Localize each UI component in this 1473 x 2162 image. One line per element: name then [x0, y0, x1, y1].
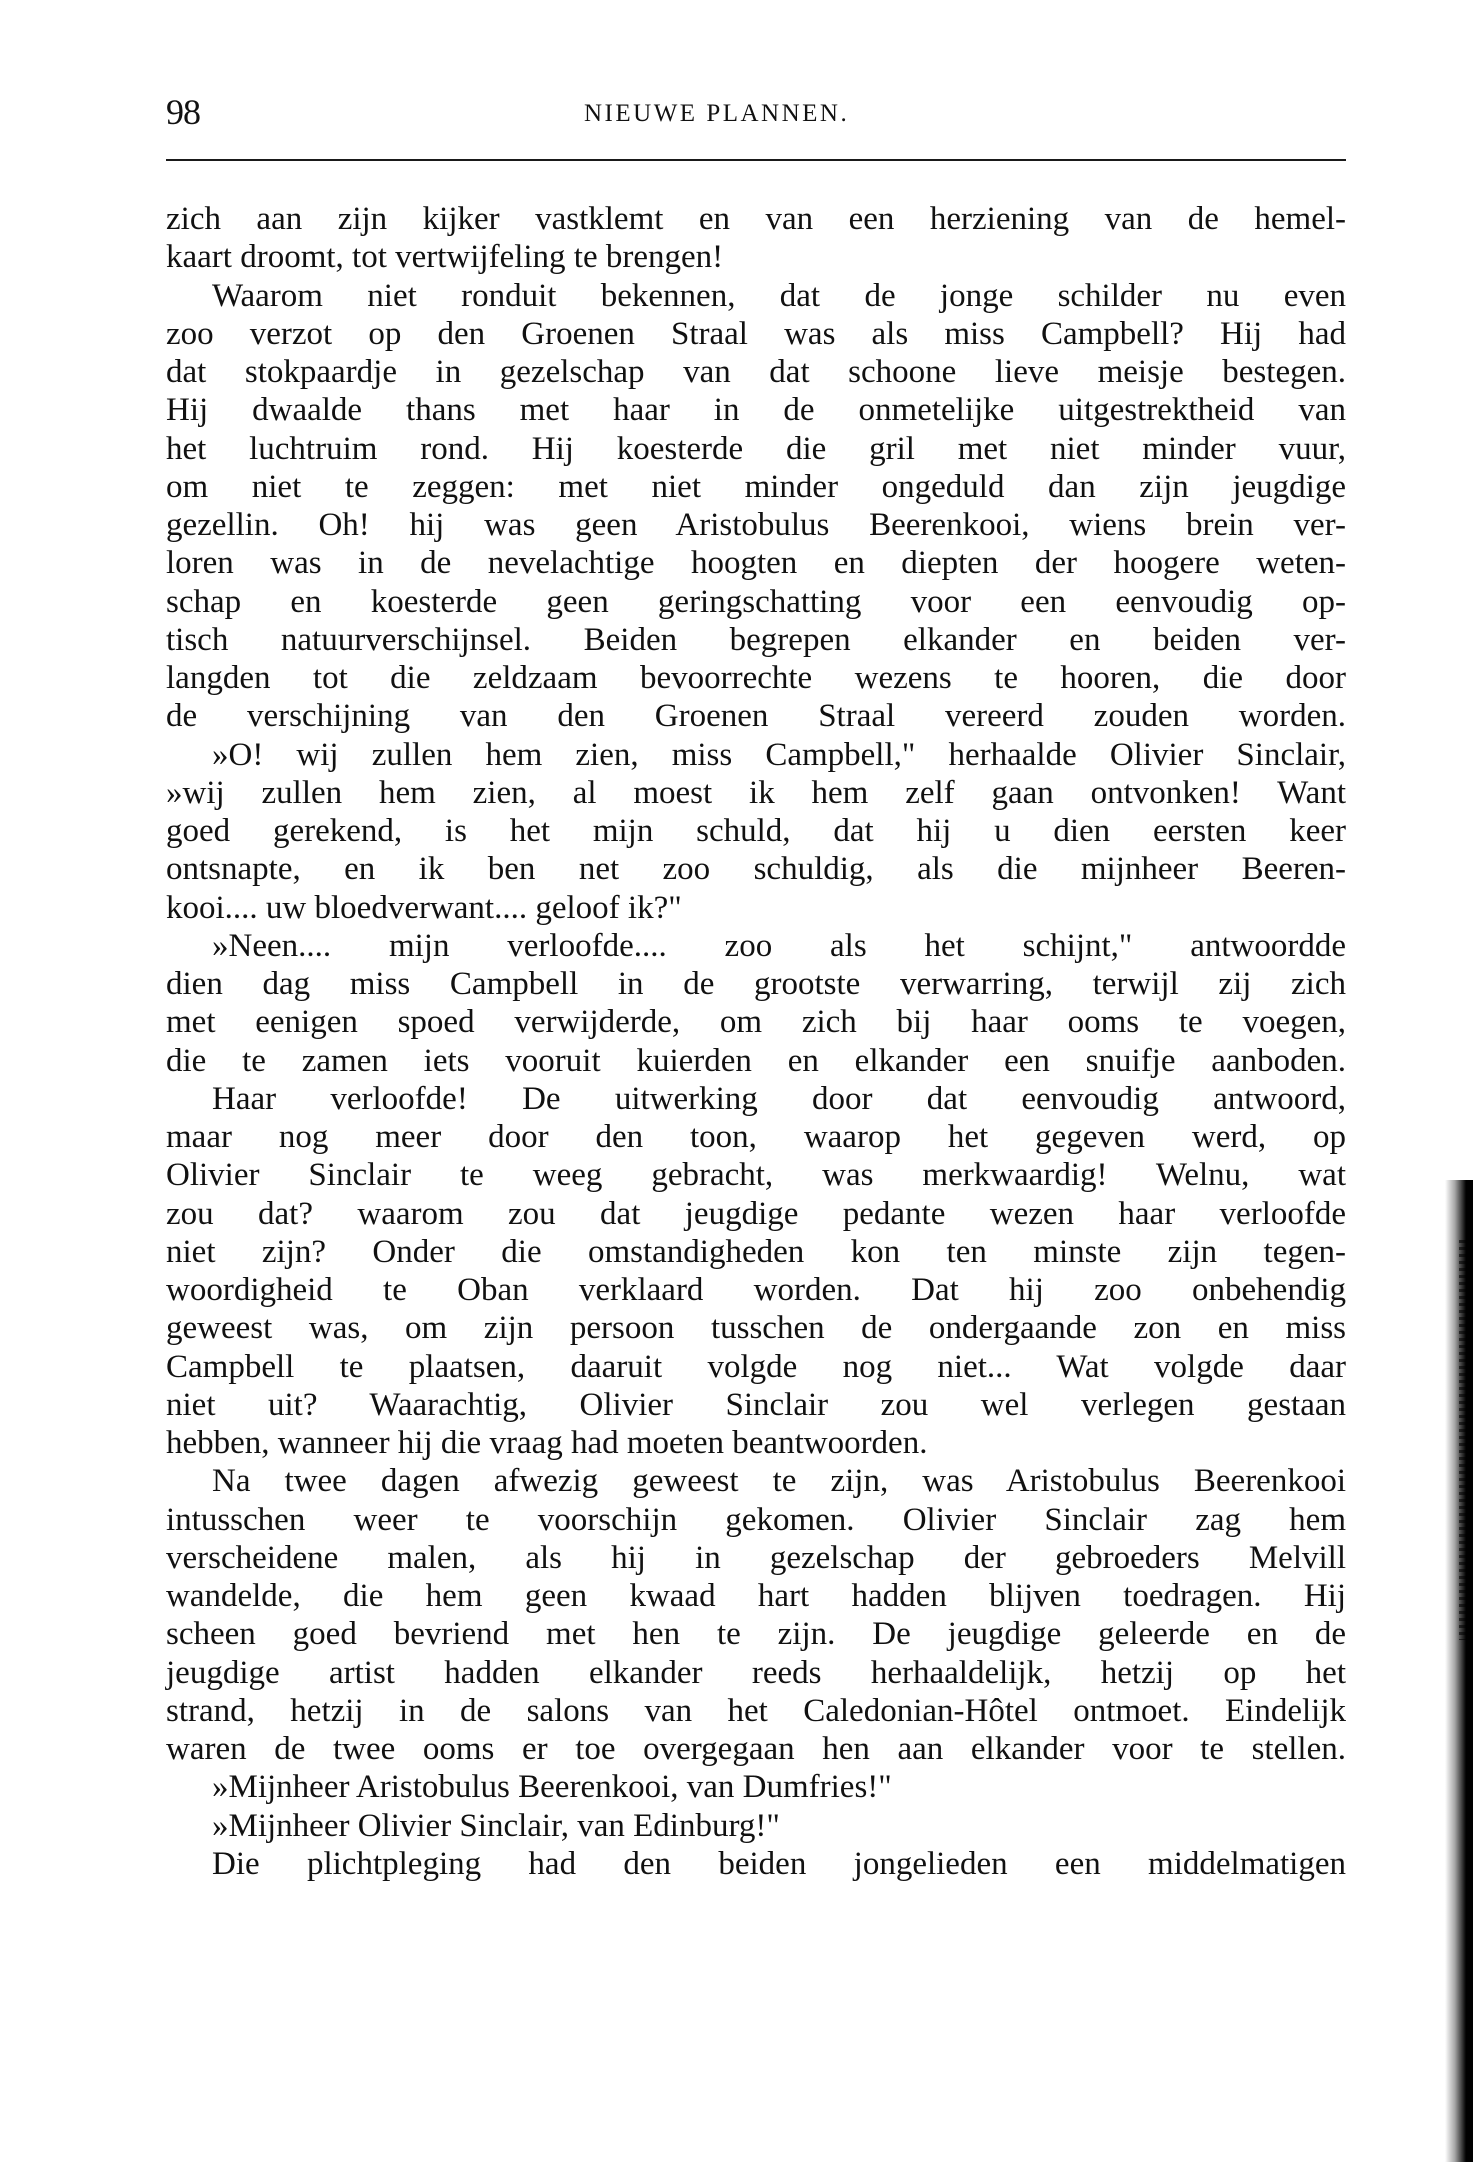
text-line: intusschen weer te voorschijn gekomen. O…	[166, 1501, 1346, 1539]
text-line: kooi.... uw bloedverwant.... geloof ik?"	[166, 889, 1346, 927]
text-line: waren de twee ooms er toe overgegaan hen…	[166, 1730, 1346, 1768]
text-line: ontsnapte, en ik ben net zoo schuldig, a…	[166, 850, 1346, 888]
text-line: die te zamen iets vooruit kuierden en el…	[166, 1042, 1346, 1080]
page-number: 98	[166, 92, 200, 132]
running-header: 98 NIEUWE PLANNEN.	[166, 92, 1346, 132]
text-line: Olivier Sinclair te weeg gebracht, was m…	[166, 1156, 1346, 1194]
text-line: wandelde, die hem geen kwaad hart hadden…	[166, 1577, 1346, 1615]
text-line: langden tot die zeldzaam bevoorrechte we…	[166, 659, 1346, 697]
text-line: Na twee dagen afwezig geweest te zijn, w…	[166, 1462, 1346, 1500]
text-line: Waarom niet ronduit bekennen, dat de jon…	[166, 277, 1346, 315]
text-line: »Neen.... mijn verloofde.... zoo als het…	[166, 927, 1346, 965]
text-line: tisch natuurverschijnsel. Beiden begrepe…	[166, 621, 1346, 659]
text-line: zich aan zijn kijker vastklemt en van ee…	[166, 200, 1346, 238]
text-line: goed gerekend, is het mijn schuld, dat h…	[166, 812, 1346, 850]
scan-edge-speckle	[1459, 1240, 1469, 1640]
text-line: strand, hetzij in de salons van het Cale…	[166, 1692, 1346, 1730]
text-line: jeugdige artist hadden elkander reeds he…	[166, 1654, 1346, 1692]
text-line: »Mijnheer Olivier Sinclair, van Edinburg…	[166, 1807, 1346, 1845]
book-page: 98 NIEUWE PLANNEN. zich aan zijn kijker …	[0, 0, 1473, 2162]
text-line: dien dag miss Campbell in de grootste ve…	[166, 965, 1346, 1003]
text-line: woordigheid te Oban verklaard worden. Da…	[166, 1271, 1346, 1309]
text-line: loren was in de nevelachtige hoogten en …	[166, 544, 1346, 582]
text-line: om niet te zeggen: met niet minder onged…	[166, 468, 1346, 506]
header-rule	[166, 159, 1346, 161]
text-line: geweest was, om zijn persoon tusschen de…	[166, 1309, 1346, 1347]
text-line: niet zijn? Onder die omstandigheden kon …	[166, 1233, 1346, 1271]
text-line: »O! wij zullen hem zien, miss Campbell,"…	[166, 736, 1346, 774]
text-line: schap en koesterde geen geringschatting …	[166, 583, 1346, 621]
text-line: gezellin. Oh! hij was geen Aristobulus B…	[166, 506, 1346, 544]
text-line: dat stokpaardje in gezelschap van dat sc…	[166, 353, 1346, 391]
text-line: zou dat? waarom zou dat jeugdige pedante…	[166, 1195, 1346, 1233]
text-line: niet uit? Waarachtig, Olivier Sinclair z…	[166, 1386, 1346, 1424]
body-text: zich aan zijn kijker vastklemt en van ee…	[166, 200, 1346, 1883]
text-line: verscheidene malen, als hij in gezelscha…	[166, 1539, 1346, 1577]
text-line: maar nog meer door den toon, waarop het …	[166, 1118, 1346, 1156]
text-line: Haar verloofde! De uitwerking door dat e…	[166, 1080, 1346, 1118]
text-line: de verschijning van den Groenen Straal v…	[166, 697, 1346, 735]
text-line: Campbell te plaatsen, daaruit volgde nog…	[166, 1348, 1346, 1386]
text-line: zoo verzot op den Groenen Straal was als…	[166, 315, 1346, 353]
text-line: Die plichtpleging had den beiden jongeli…	[166, 1845, 1346, 1883]
text-line: scheen goed bevriend met hen te zijn. De…	[166, 1615, 1346, 1653]
text-line: Hij dwaalde thans met haar in de onmetel…	[166, 391, 1346, 429]
text-line: »wij zullen hem zien, al moest ik hem ze…	[166, 774, 1346, 812]
chapter-title: NIEUWE PLANNEN.	[584, 98, 849, 130]
text-line: het luchtruim rond. Hij koesterde die gr…	[166, 430, 1346, 468]
text-line: »Mijnheer Aristobulus Beerenkooi, van Du…	[166, 1768, 1346, 1806]
text-line: kaart droomt, tot vertwijfeling te breng…	[166, 238, 1346, 276]
text-line: met eenigen spoed verwijderde, om zich b…	[166, 1003, 1346, 1041]
text-line: hebben, wanneer hij die vraag had moeten…	[166, 1424, 1346, 1462]
